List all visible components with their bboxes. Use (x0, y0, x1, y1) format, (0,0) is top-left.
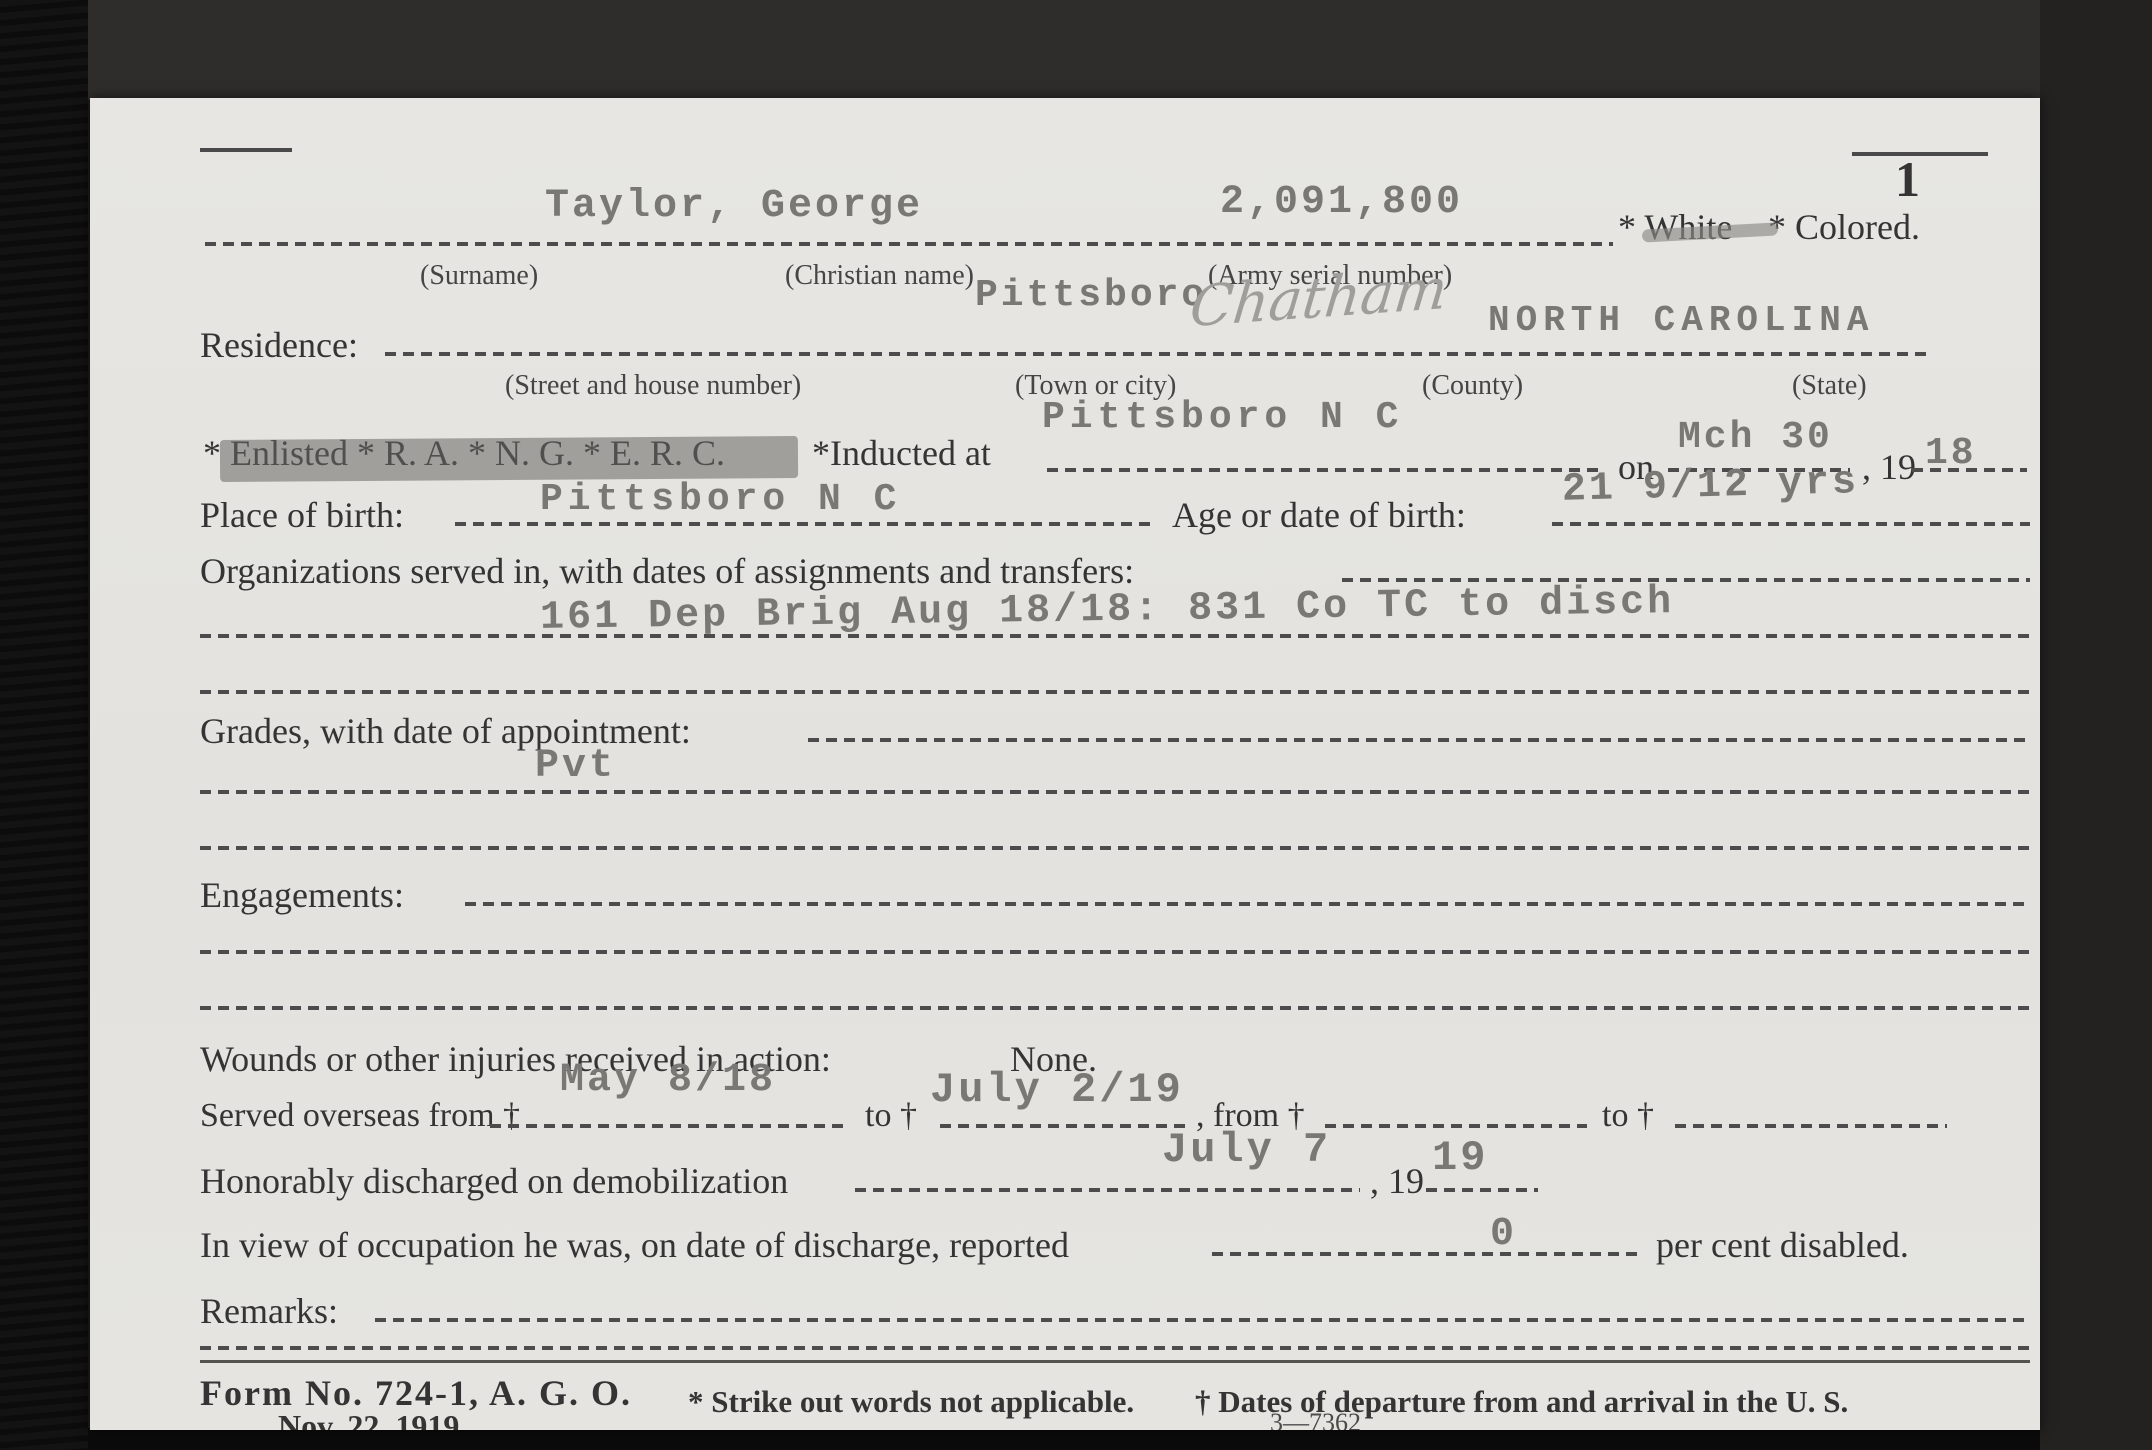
discharge-year-value: 19 (1432, 1134, 1488, 1182)
overseas-rule-4 (1675, 1124, 1947, 1128)
engagements-rule (465, 902, 2030, 906)
disability-rule (1212, 1252, 1642, 1256)
inducted-at-rule (1047, 468, 1605, 472)
page-number-rule (1852, 152, 1988, 156)
top-left-rule (200, 148, 292, 152)
organizations-rule-2 (200, 634, 2030, 638)
birth-rule (455, 522, 1155, 526)
film-strip (0, 0, 88, 1450)
induction-place-value: Pittsboro N C (1042, 396, 1403, 439)
discharge-label: Honorably discharged on demobilization (200, 1160, 788, 1202)
disability-suffix-label: per cent disabled. (1656, 1224, 1909, 1266)
grades-label: Grades, with date of appointment: (200, 710, 691, 752)
birth-place-value: Pittsboro N C (540, 478, 901, 521)
engagements-rule-3 (200, 1006, 2030, 1010)
discharge-year-label: , 19 (1370, 1160, 1424, 1202)
grades-rule (808, 738, 2030, 742)
remarks-rule (375, 1318, 2030, 1322)
age-value: 21 9/12 yrs (1561, 460, 1859, 513)
discharge-rule (855, 1188, 1360, 1192)
overseas-rule-1 (490, 1124, 848, 1128)
christian-name-label: (Christian name) (785, 260, 974, 292)
organizations-rule-3 (200, 690, 2030, 694)
overseas-rule-3 (1325, 1124, 1587, 1128)
organizations-rule (1342, 578, 2030, 582)
footer-dashed-rule (200, 1346, 2030, 1350)
print-code: 3—7362 (1270, 1408, 1361, 1430)
grades-entry: Pvt (535, 744, 616, 789)
name-value: Taylor, George (545, 184, 923, 229)
overseas-to-label2: to † (1602, 1097, 1654, 1135)
age-label: Age or date of birth: (1172, 494, 1466, 536)
race-colored-label: * Colored. (1768, 206, 1920, 248)
form-date: Nov. 22, 1919. (278, 1408, 467, 1430)
remarks-label: Remarks: (200, 1290, 338, 1332)
overseas-rule-2 (940, 1124, 1188, 1128)
induction-year-label: , 19 (1862, 446, 1916, 488)
birth-label: Place of birth: (200, 494, 404, 536)
surname-label: (Surname) (420, 260, 538, 292)
overseas-to1-value: July 2/19 (930, 1066, 1184, 1114)
name-rule (205, 242, 1613, 246)
strike-out-note: * Strike out words not applicable. (688, 1384, 1134, 1420)
engagements-rule-2 (200, 950, 2030, 954)
enlistment-smudge-strike (220, 436, 798, 482)
overseas-to-label1: to † (865, 1097, 917, 1135)
residence-state-value: NORTH CAROLINA (1488, 300, 1874, 341)
disability-value: 0 (1490, 1212, 1517, 1257)
service-record-card: Taylor, George 2,091,800 1 * White * Col… (90, 98, 2040, 1430)
grades-rule-2 (200, 790, 2030, 794)
county-label: (County) (1422, 370, 1523, 402)
inducted-at-label: *Inducted at (812, 432, 991, 474)
residence-rule (385, 352, 1933, 356)
overseas-label: Served overseas from † (200, 1097, 520, 1135)
age-rule (1552, 522, 2030, 526)
discharge-year-rule (1426, 1188, 1538, 1192)
organizations-label: Organizations served in, with dates of a… (200, 550, 1134, 592)
scan-band-right (2040, 0, 2152, 1450)
induction-year-rule (1912, 468, 2027, 472)
page-number: 1 (1895, 150, 1920, 208)
grades-rule-3 (200, 846, 2030, 850)
street-label: (Street and house number) (505, 370, 801, 402)
footer-solid-rule (200, 1360, 2030, 1363)
engagements-label: Engagements: (200, 874, 404, 916)
discharge-date-value: July 7 (1162, 1126, 1331, 1174)
disability-label: In view of occupation he was, on date of… (200, 1224, 1069, 1266)
scan-band-bottom (88, 1428, 2040, 1450)
serial-value: 2,091,800 (1220, 180, 1463, 225)
induction-date-value: Mch 30 (1678, 416, 1833, 459)
residence-label: Residence: (200, 324, 358, 366)
state-label: (State) (1792, 370, 1867, 402)
scan-band-top (88, 0, 2040, 100)
overseas-from1-value: May 8/18 (560, 1058, 776, 1103)
residence-town-value: Pittsboro (975, 274, 1207, 317)
